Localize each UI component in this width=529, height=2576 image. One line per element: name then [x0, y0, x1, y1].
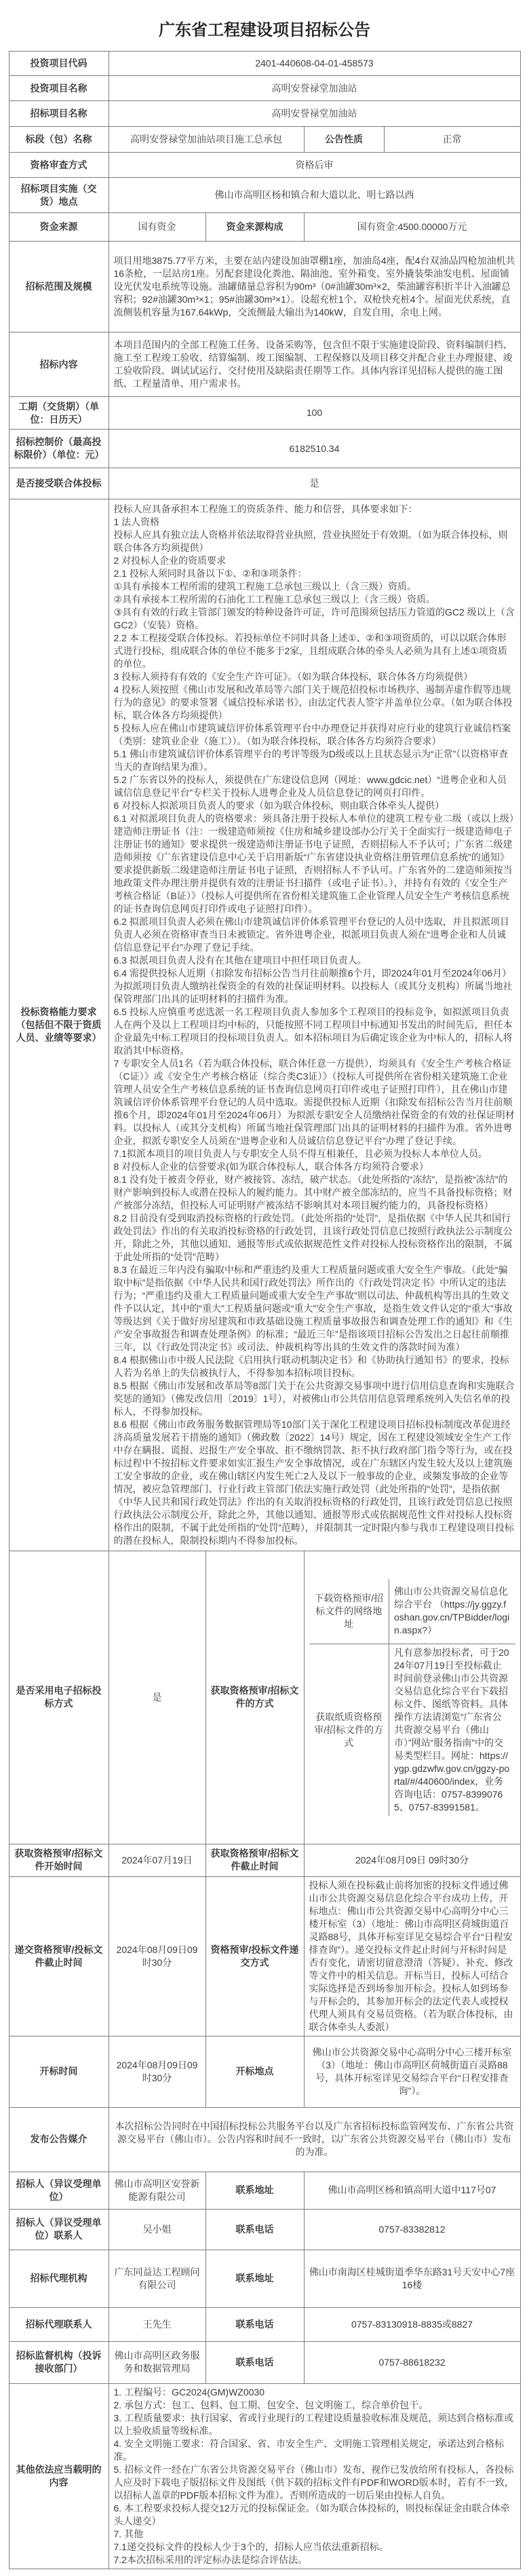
- tenderer-tel-label: 联系电话: [205, 2209, 304, 2250]
- tenderer-label: 招标人（异议受理单位）: [9, 2172, 109, 2209]
- obtain-method-label: 获取资格预审/招标文件的方式: [205, 1551, 304, 1844]
- project-code-value: 2401-440608-04-01-458573: [109, 52, 520, 76]
- project-code-label: 投资项目代码: [9, 52, 109, 76]
- other-label: 其他依法应当载明的内容: [9, 2383, 109, 2569]
- tenderer-addr-label: 联系地址: [205, 2172, 304, 2209]
- funding-value: 国有资金: [109, 213, 205, 242]
- agency-addr-value: 佛山市南海区桂城街道季华东路31号天安中心7座16楼: [304, 2250, 520, 2307]
- supervisor-value: 佛山市高明区政务服务和数据管理局: [109, 2341, 205, 2383]
- obtain-method-cell: 下载资格预审/招标文件的网络地址 佛山市公共资源交易信息化综合平台 （https…: [304, 1551, 520, 1844]
- funding-comp-label: 资金来源构成: [205, 213, 304, 242]
- tenderer-contact-value: 吴小姐: [109, 2209, 205, 2250]
- duration-value: 100: [109, 397, 520, 430]
- paper-row: 获取纸质资格预审/招标文件的方式 凡有意参加投标者，可于2024年07月19日至…: [309, 1644, 515, 1816]
- supervisor-label: 招标监督机构（投诉接收部门）: [9, 2341, 109, 2383]
- consortium-value: 是: [109, 468, 520, 499]
- control-price-label: 招标控制价（最高投标限价）（单位：元）: [9, 430, 109, 468]
- submit-deadline-value: 2024年08月09日09时30分: [109, 1876, 205, 2036]
- row-agency-contact: 招标代理联系人 王先生 联系电话 0757-83130918-8835或8827: [9, 2307, 520, 2341]
- download-value: 佛山市公共资源交易信息化综合平台 （https://jy.ggzy.foshan…: [389, 1579, 515, 1644]
- tenderer-contact-label: 招标人（异议受理单位）联系人: [9, 2209, 109, 2250]
- content-label: 招标内容: [9, 333, 109, 397]
- electronic-value: 是: [109, 1551, 205, 1844]
- notice-nature-label: 公告性质: [304, 127, 384, 153]
- supervisor-tel-value: 0757-88618232: [304, 2341, 520, 2383]
- row-submit: 递交资格预审/投标文件截止时间 2024年08月09日09时30分 资格预审/投…: [9, 1876, 520, 2036]
- submit-deadline-label: 递交资格预审/投标文件截止时间: [9, 1876, 109, 2036]
- opening-place-label: 开标地点: [205, 2036, 304, 2107]
- row-scope: 招标范围及规模 项目用地3875.77平方米，主要在站内建设加油罩棚1座，加油岛…: [9, 242, 520, 333]
- supervisor-tel-label: 联系电话: [205, 2341, 304, 2383]
- row-section: 标段（包）名称 高明安誉禄堂加油站项目施工总承包 公告性质 正常: [9, 127, 520, 153]
- scope-label: 招标范围及规模: [9, 242, 109, 333]
- row-agency: 招标代理机构 广东同益达工程顾问有限公司 联系地址 佛山市南海区桂城街道季华东路…: [9, 2250, 520, 2307]
- row-funding: 资金来源 国有资金 资金来源构成 国有资金:4500.00000万元: [9, 213, 520, 242]
- qual-review-label: 资格审查方式: [9, 153, 109, 178]
- electronic-label: 是否采用电子招标投标方式: [9, 1551, 109, 1844]
- duration-label: 工期（交货期）（单位：日历天）: [9, 397, 109, 430]
- row-electronic: 是否采用电子招标投标方式 是 获取资格预审/招标文件的方式 下载资格预审/招标文…: [9, 1551, 520, 1844]
- submit-method-value: 投标人须在投标截止前将加密的投标文件通过佛山市公共资源交易信息化综合平台成功上传…: [304, 1876, 520, 2036]
- row-duration: 工期（交货期）（单位：日历天） 100: [9, 397, 520, 430]
- agency-tel-label: 联系电话: [205, 2307, 304, 2341]
- tender-name-value: 高明安誉禄堂加油站: [109, 101, 520, 127]
- section-label: 标段（包）名称: [9, 127, 109, 153]
- agency-value: 广东同益达工程顾问有限公司: [109, 2250, 205, 2307]
- row-consortium: 是否接受联合体投标 是: [9, 468, 520, 499]
- section-value: 高明安誉禄堂加油站项目施工总承包: [109, 127, 304, 153]
- project-name-label: 投资项目名称: [9, 76, 109, 101]
- obtain-start-label: 获取资格预审/招标文件开始时间: [9, 1844, 109, 1876]
- media-value: 本次招标公告同时在中国招标投标公共服务平台以及广东省招标投标监管网发布、广东省公…: [109, 2107, 520, 2172]
- row-qual-review: 资格审查方式 资格后审: [9, 153, 520, 178]
- obtain-end-value: 2024年08月09日 09时30分: [304, 1844, 520, 1876]
- submit-method-label: 资格预审/投标文件递交方式: [205, 1876, 304, 2036]
- row-project-name: 投资项目名称 高明安誉禄堂加油站: [9, 76, 520, 101]
- obtain-start-value: 2024年07月19日: [109, 1844, 205, 1876]
- other-value: 1. 工程编号：GC2024(GM)WZ0030 2. 承包方式：包工、包料、包…: [109, 2383, 520, 2569]
- location-label: 招标项目实施（交货）地点: [9, 178, 109, 213]
- row-tender-name: 招标项目名称 高明安誉禄堂加油站: [9, 101, 520, 127]
- obtain-end-label: 获取资格预审/招标文件截止时间: [205, 1844, 304, 1876]
- content-value: 本项目范围内的全部工程施工任务、设备采购等，包含但不限于实施建设阶段、资料编制归…: [109, 333, 520, 397]
- notice-nature-value: 正常: [384, 127, 520, 153]
- row-tenderer-contact: 招标人（异议受理单位）联系人 吴小姐 联系电话 0757-83382812: [9, 2209, 520, 2250]
- tender-name-label: 招标项目名称: [9, 101, 109, 127]
- row-media: 发布公告媒介 本次招标公告同时在中国招标投标公共服务平台以及广东省招标投标监管网…: [9, 2107, 520, 2172]
- row-obtain-time: 获取资格预审/招标文件开始时间 2024年07月19日 获取资格预审/招标文件截…: [9, 1844, 520, 1876]
- paper-value: 凡有意参加投标者，可于2024年07月19日至投标截止时间前登录佛山市公共资源交…: [389, 1644, 515, 1816]
- opening-place-value: 佛山市公共资源交易中心高明分中心三楼开标室（3）（地址：佛山市高明区荷城街道百灵…: [304, 2036, 520, 2107]
- scope-value: 项目用地3875.77平方米，主要在站内建设加油罩棚1座，加油岛4座，配4台双油…: [109, 242, 520, 333]
- paper-label: 获取纸质资格预审/招标文件的方式: [309, 1644, 389, 1816]
- opening-time-label: 开标时间: [9, 2036, 109, 2107]
- download-row: 下载资格预审/招标文件的网络地址 佛山市公共资源交易信息化综合平台 （https…: [309, 1579, 515, 1644]
- control-price-value: 6182510.34: [109, 430, 520, 468]
- tenderer-addr-value: 佛山市高明区杨和镇高明大道中117号07: [304, 2172, 520, 2209]
- tenderer-tel-value: 0757-83382812: [304, 2209, 520, 2250]
- announcement-table: 投资项目代码 2401-440608-04-01-458573 投资项目名称 高…: [9, 51, 521, 2569]
- row-location: 招标项目实施（交货）地点 佛山市高明区杨和镇合和大道以北、明七路以西: [9, 178, 520, 213]
- tenderer-value: 佛山市高明区安誉新能源有限公司: [109, 2172, 205, 2209]
- row-opening: 开标时间 2024年08月09日09时30分 开标地点 佛山市公共资源交易中心高…: [9, 2036, 520, 2107]
- project-name-value: 高明安誉禄堂加油站: [109, 76, 520, 101]
- qual-review-value: 资格后审: [109, 153, 520, 178]
- row-other: 其他依法应当载明的内容 1. 工程编号：GC2024(GM)WZ0030 2. …: [9, 2383, 520, 2569]
- consortium-label: 是否接受联合体投标: [9, 468, 109, 499]
- row-control-price: 招标控制价（最高投标限价）（单位：元） 6182510.34: [9, 430, 520, 468]
- row-supervisor: 招标监督机构（投诉接收部门） 佛山市高明区政务服务和数据管理局 联系电话 075…: [9, 2341, 520, 2383]
- obtain-method-table: 下载资格预审/招标文件的网络地址 佛山市公共资源交易信息化综合平台 （https…: [309, 1579, 515, 1816]
- media-label: 发布公告媒介: [9, 2107, 109, 2172]
- location-value: 佛山市高明区杨和镇合和大道以北、明七路以西: [109, 178, 520, 213]
- agency-contact-label: 招标代理联系人: [9, 2307, 109, 2341]
- opening-time-value: 2024年08月09日09时30分: [109, 2036, 205, 2107]
- row-tenderer: 招标人（异议受理单位） 佛山市高明区安誉新能源有限公司 联系地址 佛山市高明区杨…: [9, 2172, 520, 2209]
- page-title: 广东省工程建设项目招标公告: [0, 0, 529, 51]
- agency-tel-value: 0757-83130918-8835或8827: [304, 2307, 520, 2341]
- row-qualification: 投标资格能力要求（包括但不限于资质人员、业绩等要求） 投标人应具备承担本工程施工…: [9, 499, 520, 1551]
- download-label: 下载资格预审/招标文件的网络地址: [309, 1579, 389, 1644]
- agency-contact-value: 王先生: [109, 2307, 205, 2341]
- row-project-code: 投资项目代码 2401-440608-04-01-458573: [9, 52, 520, 76]
- qualification-value: 投标人应具备承担本工程施工的资质条件、能力和信誉，具体要求如下： 1 法人资格 …: [109, 499, 520, 1551]
- qualification-label: 投标资格能力要求（包括但不限于资质人员、业绩等要求）: [9, 499, 109, 1551]
- funding-label: 资金来源: [9, 213, 109, 242]
- row-content: 招标内容 本项目范围内的全部工程施工任务、设备采购等，包含但不限于实施建设阶段、…: [9, 333, 520, 397]
- agency-label: 招标代理机构: [9, 2250, 109, 2307]
- funding-comp-value: 国有资金:4500.00000万元: [304, 213, 520, 242]
- agency-addr-label: 联系地址: [205, 2250, 304, 2307]
